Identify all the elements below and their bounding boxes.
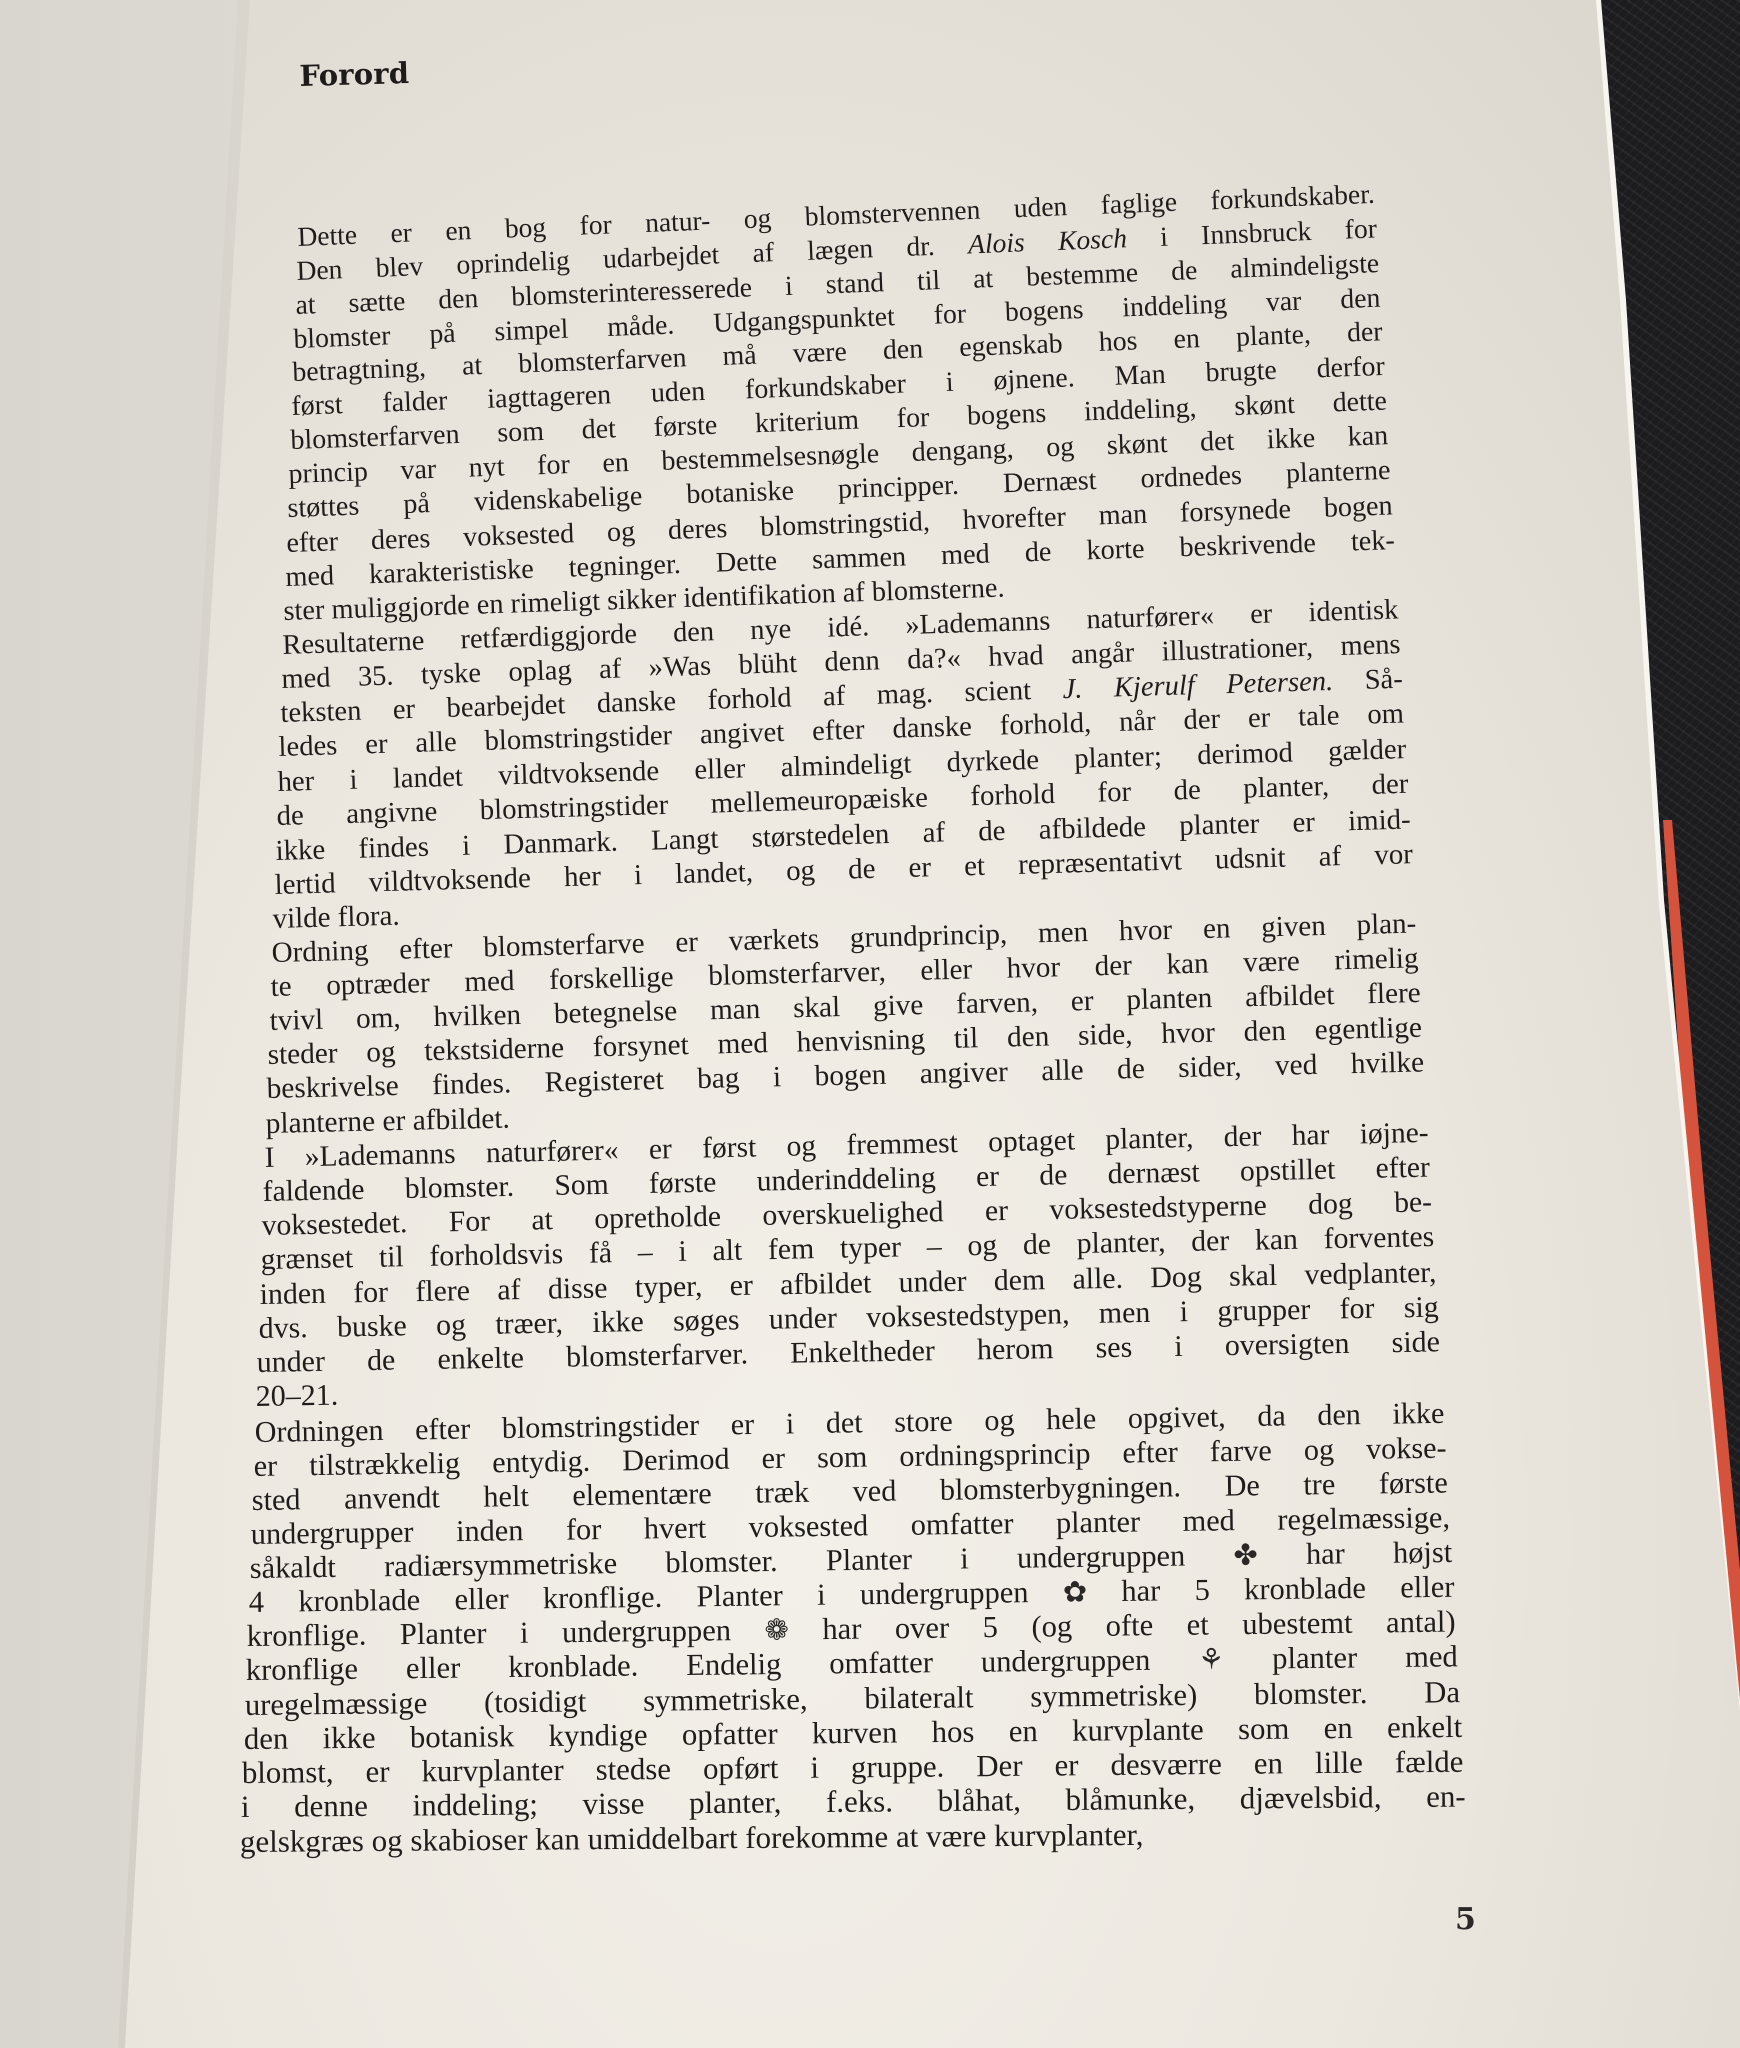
text-span: i Innsbruck for <box>1126 212 1377 253</box>
italic-name: J. Kjerulf Petersen. <box>1062 666 1334 705</box>
flower-5-petals-icon: ✿ <box>1062 1578 1087 1607</box>
text-line: i denne inddeling; visse planter, f.eks.… <box>241 1781 1466 1822</box>
text-span: planter med <box>1224 1640 1458 1677</box>
body-text: Dette er en bog for natur- og blomsterve… <box>0 0 1740 2048</box>
italic-name: Alois Kosch <box>967 222 1127 259</box>
text-span: gelskgræs og skabioser kan umiddelbart f… <box>240 1817 1144 1859</box>
text-span: har højst <box>1257 1535 1452 1572</box>
flower-many-petals-icon: ❁ <box>765 1616 790 1645</box>
text-span: har 5 kronblade eller <box>1086 1570 1454 1609</box>
text-span: vilde flora. <box>272 899 400 934</box>
text-span: planterne er afbildet. <box>265 1102 510 1139</box>
text-line: gelskgræs og skabioser kan umiddelbart f… <box>240 1816 1468 1857</box>
page-number: 5 <box>1455 1902 1476 1937</box>
flower-4-petals-icon: ✤ <box>1233 1541 1258 1570</box>
flower-bilateral-icon: ⚘ <box>1198 1645 1224 1674</box>
text-span: 20–21. <box>255 1379 338 1413</box>
text-span: Så- <box>1332 664 1403 697</box>
